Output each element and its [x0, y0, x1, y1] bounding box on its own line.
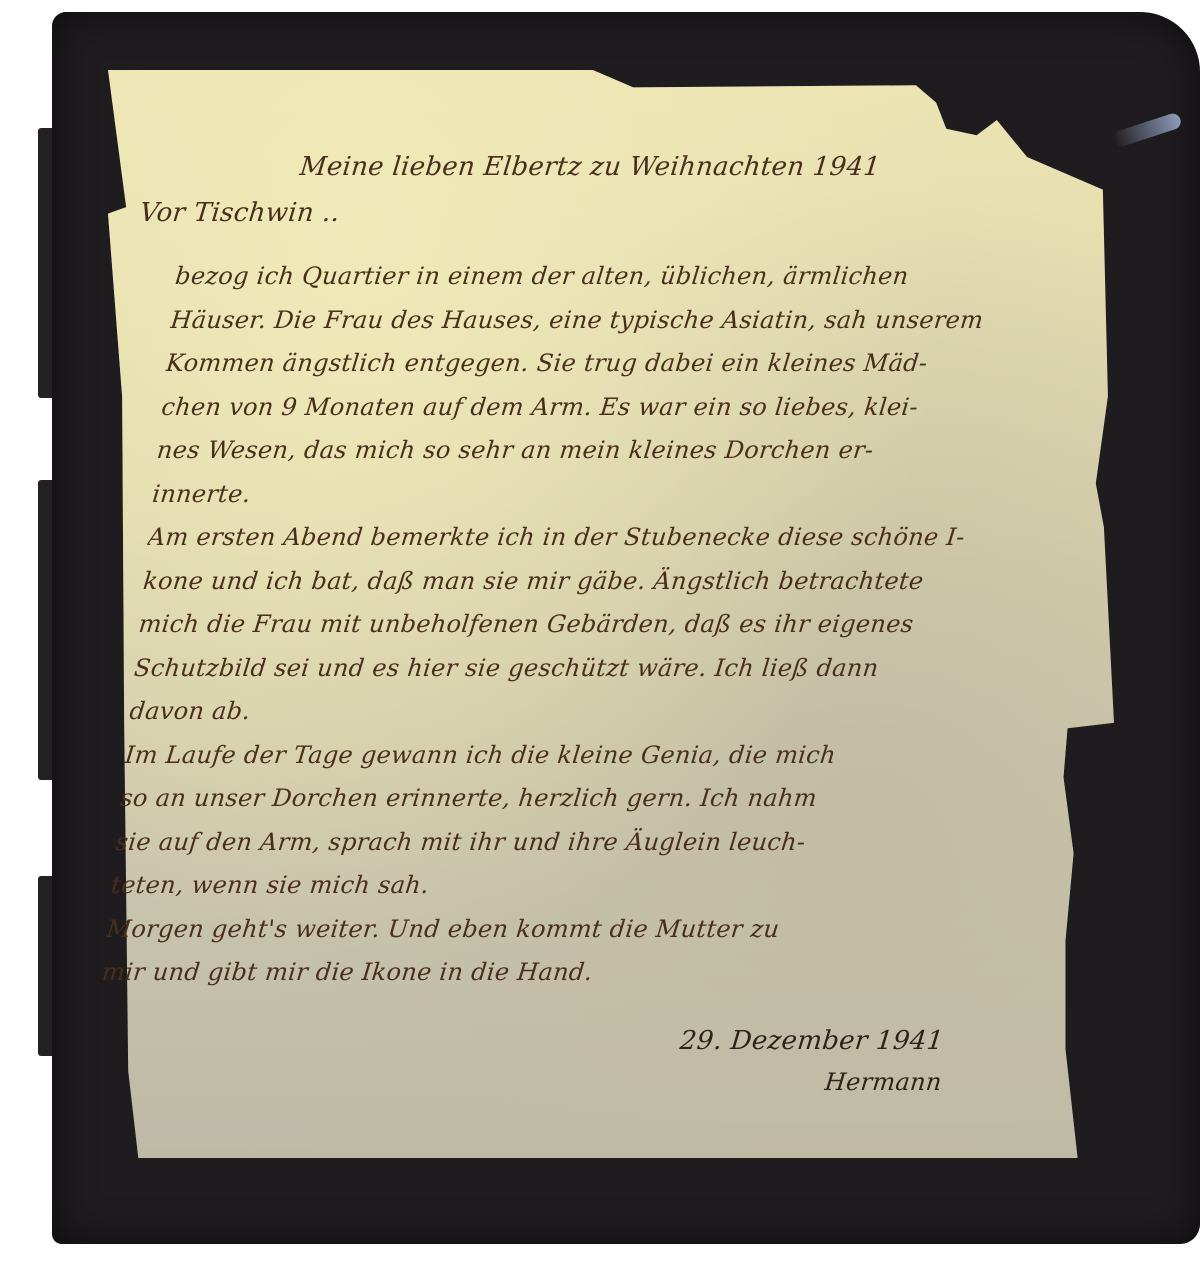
letter-line: nes Wesen, das mich so sehr an mein klei… — [154, 436, 1119, 480]
letter-line: bezog ich Quartier in einem der alten, ü… — [172, 262, 1137, 306]
letter-line: Häuser. Die Frau des Hauses, eine typisc… — [168, 306, 1133, 350]
letter-line: mich die Frau mit unbeholfenen Gebärden,… — [136, 610, 1101, 654]
letter-signature: Hermann — [824, 1068, 944, 1096]
letter-line: so an unser Dorchen erinnerte, herzlich … — [117, 784, 1082, 828]
letter-line: sie auf den Arm, sprach mit ihr und ihre… — [113, 828, 1078, 872]
letter-line: Kommen ängstlich entgegen. Sie trug dabe… — [163, 349, 1128, 393]
letter-line: mir und gibt mir die Ikone in die Hand. — [99, 958, 1064, 1002]
letter-line: kone und ich bat, daß man sie mir gäbe. … — [140, 567, 1105, 611]
letter-date: 29. Dezember 1941 — [678, 1026, 945, 1056]
letter-line: Schutzbild sei und es hier sie geschützt… — [131, 654, 1096, 698]
letter-heading: Meine lieben Elbertz zu Weihnachten 1941 — [298, 152, 881, 182]
letter-line: Morgen geht's weiter. Und eben kommt die… — [104, 915, 1069, 959]
letter-line: Am ersten Abend bemerkte ich in der Stub… — [145, 523, 1110, 567]
letter-line: Im Laufe der Tage gewann ich die kleine … — [122, 741, 1087, 785]
frame-glare — [1111, 112, 1183, 149]
letter-body: bezog ich Quartier in einem der alten, ü… — [99, 262, 1137, 1002]
letter-line: innerte. — [149, 480, 1114, 524]
letter-line: teten, wenn sie mich sah. — [108, 871, 1073, 915]
letter-salutation: Vor Tischwin .. — [138, 198, 341, 228]
letter-line: chen von 9 Monaten auf dem Arm. Es war e… — [159, 393, 1124, 437]
letter-line: davon ab. — [127, 697, 1092, 741]
